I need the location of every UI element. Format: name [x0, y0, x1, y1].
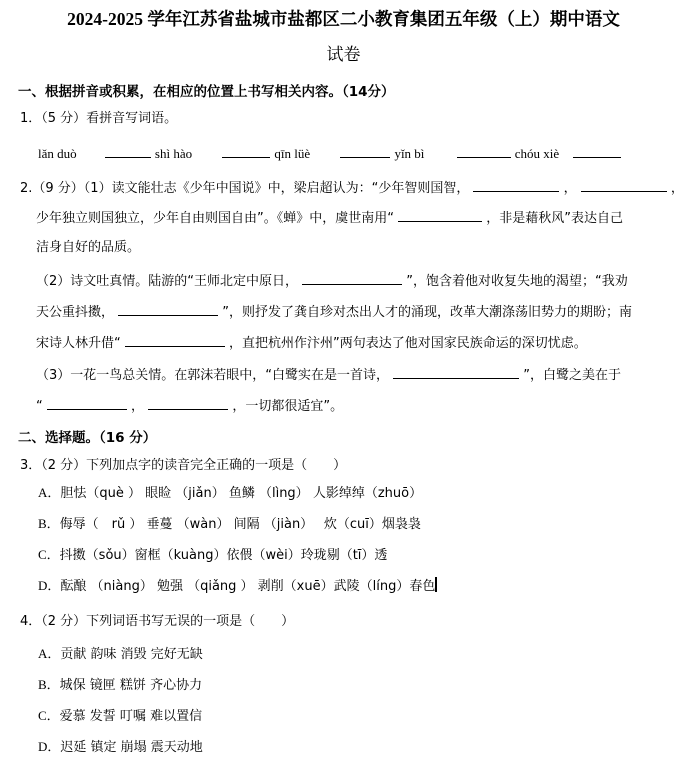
answer-blank-q2-6[interactable]	[125, 333, 225, 347]
text-cursor	[435, 577, 437, 592]
q2-p3-text-c: “	[36, 399, 43, 414]
q2-p2-line2: 天公重抖擞， ”，则抒发了龚自珍对杰出人才的涌现，改革大潮涤荡旧势力的期盼；南	[36, 302, 632, 322]
q4-option-d[interactable]: D．迟延 镇定 崩塌 震天动地	[38, 738, 203, 757]
q2-p3-text-d: ，	[131, 399, 144, 414]
q2-p2-line1: （2）诗文吐真情。陆游的“王师北定中原日， ”，饱含着他对收复失地的渴望；“我劝	[36, 271, 628, 291]
answer-blank-q2-2[interactable]	[581, 178, 667, 192]
pinyin-4: yǐn bì	[394, 146, 424, 161]
option-text: 贡献 韵味 消毁 完好无缺	[60, 647, 202, 662]
option-text: 侮辱（ rǔ ） 垂蔓 （wàn） 间隔 （jiàn） 炊（cuī）烟袅袅	[60, 517, 421, 532]
q2-p1-text-c: ，	[671, 181, 684, 196]
q2-p2-text-f: ，直把杭州作汴州”两句表达了他对国家民族命运的深切忧虑。	[229, 336, 587, 351]
q2-p1-line2: 少年独立则国独立，少年自由则国自由”。《蝉》中，虞世南用“ ，非是藉秋风”表达自…	[36, 208, 623, 228]
option-text: 抖擞（sǒu）窗框（kuàng）依偎（wèi）玲珑剔（tī）透	[60, 548, 388, 563]
q2-p2-line3: 宋诗人林升借“ ，直把杭州作汴州”两句表达了他对国家民族命运的深切忧虑。	[36, 333, 587, 353]
q4-option-a[interactable]: A．贡献 韵味 消毁 完好无缺	[38, 645, 203, 664]
answer-blank-3[interactable]	[340, 144, 390, 158]
option-letter: A．	[38, 646, 60, 661]
answer-blank-q2-9[interactable]	[148, 396, 228, 410]
answer-blank-q2-5[interactable]	[118, 302, 218, 316]
answer-blank-q2-8[interactable]	[47, 396, 127, 410]
q2-p1-line1: 2.（9 分）（1）读文能壮志《少年中国说》中，梁启超认为：“少年智则国智， ，…	[20, 178, 684, 198]
pinyin-1: lǎn duò	[38, 146, 77, 161]
q1-pinyin-row: lǎn duò shì hào qīn lüè yǐn bì chóu xiè	[38, 144, 621, 164]
option-text: 酝酿 （niàng） 勉强 （qiǎng ） 剥削（xuē）武陵（líng）春色	[60, 579, 435, 594]
exam-page: 2024-2025 学年江苏省盐城市盐都区二小教育集团五年级（上）期中语文 试卷…	[0, 0, 687, 763]
q3-option-b[interactable]: B．侮辱（ rǔ ） 垂蔓 （wàn） 间隔 （jiàn） 炊（cuī）烟袅袅	[38, 515, 421, 534]
answer-blank-q2-7[interactable]	[393, 365, 519, 379]
section2-heading: 二、选择题。（16 分）	[18, 426, 156, 446]
q4-option-b[interactable]: B．城保 镜匣 糕饼 齐心协力	[38, 676, 202, 695]
q2-p3-text-a: （3）一花一鸟总关情。在郭沫若眼中，“白鹭实在是一首诗，	[36, 368, 389, 383]
option-text: 迟延 镇定 崩塌 震天动地	[60, 740, 202, 755]
q4-option-c[interactable]: C．爱慕 发誓 叮嘱 难以置信	[38, 707, 202, 726]
q2-p3-text-b: ”，白鹭之美在于	[523, 368, 621, 383]
answer-blank-4[interactable]	[457, 144, 511, 158]
option-letter: C．	[38, 547, 60, 562]
q2-p3-line1: （3）一花一鸟总关情。在郭沫若眼中，“白鹭实在是一首诗， ”，白鹭之美在于	[36, 365, 621, 385]
q2-p2-text-a: （2）诗文吐真情。陆游的“王师北定中原日，	[36, 274, 298, 289]
answer-blank-q2-3[interactable]	[398, 208, 482, 222]
q2-p3-line2: “ ， ，一切都很适宜”。	[36, 396, 343, 416]
q2-p2-text-c: 天公重抖擞，	[36, 305, 114, 320]
q3-option-c[interactable]: C．抖擞（sǒu）窗框（kuàng）依偎（wèi）玲珑剔（tī）透	[38, 546, 387, 565]
pinyin-5: chóu xiè	[515, 146, 559, 161]
option-letter: D．	[38, 739, 60, 754]
option-text: 城保 镜匣 糕饼 齐心协力	[60, 678, 202, 693]
option-text: 胆怯（què ） 眼睑 （jiǎn） 鱼鳞 （lìng） 人影绰绰（zhuō）	[60, 486, 422, 501]
answer-blank-2[interactable]	[222, 144, 270, 158]
q1-prompt: 1．（5 分）看拼音写词语。	[20, 110, 177, 128]
pinyin-3: qīn lüè	[274, 146, 310, 161]
q2-p1-text-b: ，	[564, 181, 577, 196]
pinyin-2: shì hào	[155, 146, 192, 161]
option-letter: B．	[38, 677, 60, 692]
q3-option-a[interactable]: A．胆怯（què ） 眼睑 （jiǎn） 鱼鳞 （lìng） 人影绰绰（zhuō…	[38, 484, 422, 503]
option-letter: B．	[38, 516, 60, 531]
section1-heading: 一、根据拼音或积累，在相应的位置上书写相关内容。（14分）	[18, 80, 395, 100]
q2-p1-text-d: 少年独立则国独立，少年自由则国自由”。《蝉》中，虞世南用“	[36, 211, 394, 226]
q2-p3-text-e: ，一切都很适宜”。	[232, 399, 343, 414]
answer-blank-q2-4[interactable]	[302, 271, 402, 285]
q2-p2-text-d: ”，则抒发了龚自珍对杰出人才的涌现，改革大潮涤荡旧势力的期盼；南	[222, 305, 632, 320]
q2-p1-text-e: ，非是藉秋风”表达自己	[486, 211, 623, 226]
q3-prompt: 3．（2 分）下列加点字的读音完全正确的一项是（ ）	[20, 457, 346, 475]
q2-p2-text-b: ”，饱含着他对收复失地的渴望；“我劝	[406, 274, 627, 289]
document-title-line1: 2024-2025 学年江苏省盐城市盐都区二小教育集团五年级（上）期中语文	[0, 6, 687, 31]
q4-prompt: 4．（2 分）下列词语书写无误的一项是（ ）	[20, 613, 294, 631]
option-letter: A．	[38, 485, 60, 500]
answer-blank-q2-1[interactable]	[473, 178, 559, 192]
q2-p1-text-a: 2.（9 分）（1）读文能壮志《少年中国说》中，梁启超认为：“少年智则国智，	[20, 181, 469, 196]
answer-blank-5[interactable]	[573, 144, 621, 158]
q3-option-d[interactable]: D．酝酿 （niàng） 勉强 （qiǎng ） 剥削（xuē）武陵（líng）…	[38, 577, 437, 596]
q2-p2-text-e: 宋诗人林升借“	[36, 336, 121, 351]
option-text: 爱慕 发誓 叮嘱 难以置信	[60, 709, 202, 724]
document-title-line2: 试卷	[0, 40, 687, 65]
option-letter: C．	[38, 708, 60, 723]
answer-blank-1[interactable]	[105, 144, 151, 158]
q2-p1-line3: 洁身自好的品质。	[36, 239, 140, 257]
option-letter: D．	[38, 578, 60, 593]
